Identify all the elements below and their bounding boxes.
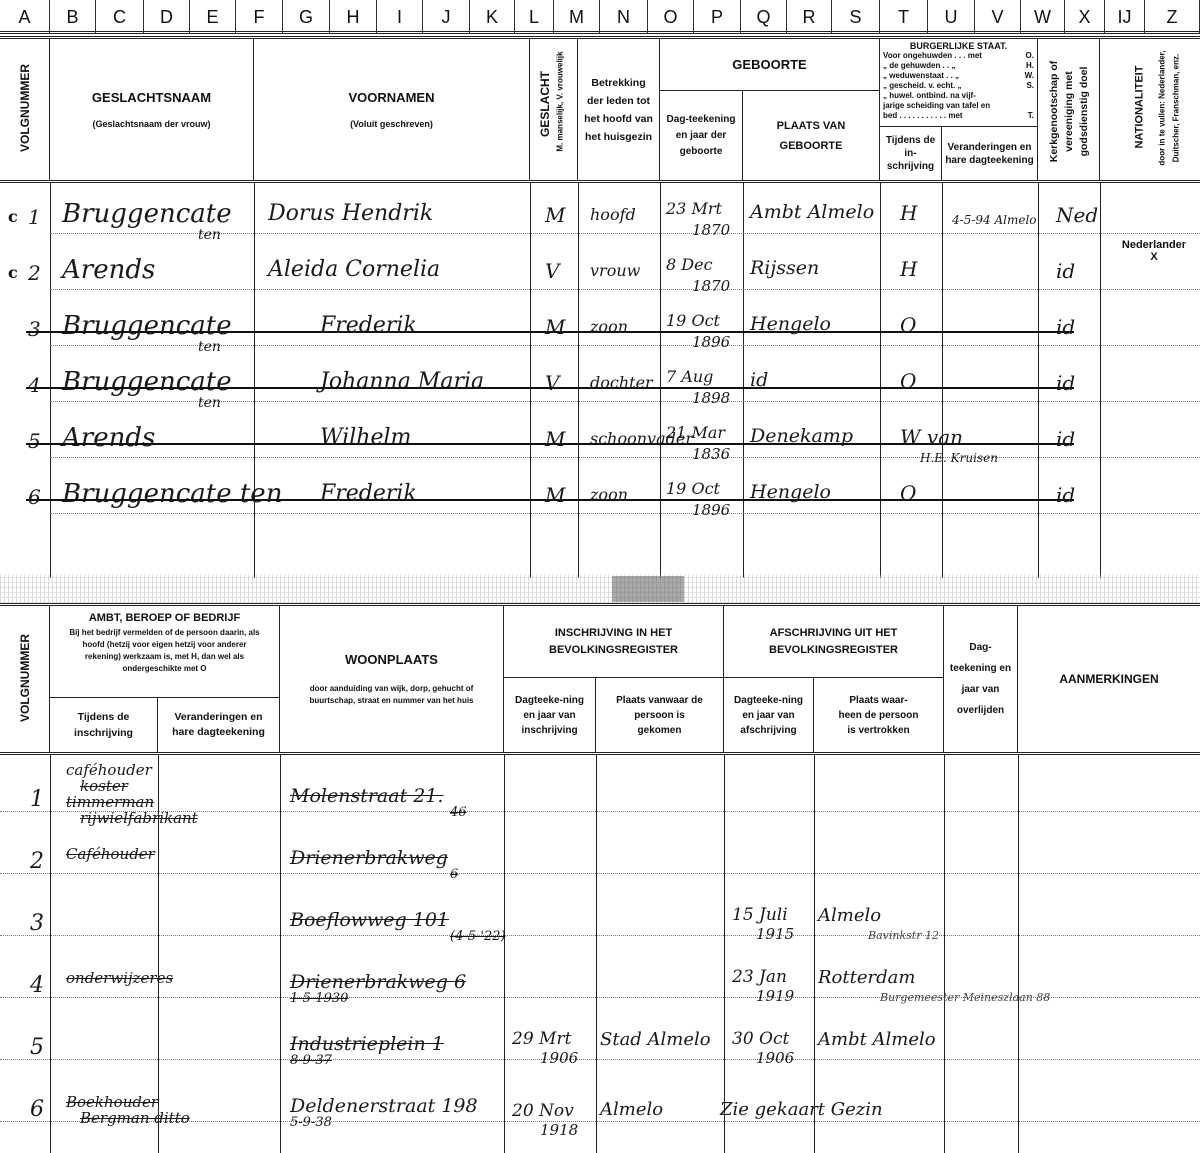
residence-row-3[interactable]: 3Boeflowweg 101(4-5-'22)15 Juli1915Almel… <box>0 885 1200 947</box>
alphabet-tab-ij[interactable]: IJ <box>1105 0 1145 34</box>
sex: M <box>545 203 565 227</box>
header-overlijden: Dag-teekening en jaar van overlijden <box>944 606 1018 752</box>
civil-status: O <box>900 481 916 505</box>
legend-line: „ gescheid. v. echt. „S. <box>883 81 1034 91</box>
civil-status-change: H.E. Kruisen <box>920 451 998 465</box>
alphabet-tab-t[interactable]: T <box>880 0 928 34</box>
overlijden-label: Dag-teekening en jaar van overlijden <box>947 637 1014 721</box>
geslacht-label: GESLACHT <box>538 39 552 169</box>
birth-year: 1898 <box>692 389 730 407</box>
afschrijving-to-note: Bavinkstr 12 <box>868 929 939 942</box>
given-names: Frederik <box>320 313 417 338</box>
address: Molenstraat 21. <box>290 785 443 807</box>
sex: M <box>545 483 565 507</box>
occupation-entry: Caféhouder <box>66 845 155 863</box>
address: Drienerbrakweg 6 <box>290 971 466 993</box>
legend-line: „ huwel. ontbind. na vijf- <box>883 91 1034 101</box>
afschrijving-date: 30 Oct <box>732 1029 789 1049</box>
bottom-section-body: 1caféhouderkostertimmermanrijwielfabrika… <box>0 755 1200 1153</box>
legend-code: H. <box>1026 61 1034 71</box>
row-guideline <box>0 873 1200 874</box>
row-number: 4 <box>30 973 44 998</box>
alphabet-tab-c[interactable]: C <box>96 0 144 34</box>
civil-status-change: 4-5-94 Almelo <box>952 213 1037 227</box>
afschr-plaats-label: Plaats waar-heen de persoon is vertrokke… <box>838 693 919 738</box>
legend-text: bed . . . . . . . . . . . met <box>883 111 963 121</box>
nationaliteit-sublabel: door in te vullen: Nederlander, Duitsche… <box>1156 41 1184 176</box>
inschrijving-label: INSCHRIJVING IN HET BEVOLKINGSREGISTER <box>524 625 703 659</box>
header-inschr-plaats: Plaats vanwaar de persoon is gekomen <box>596 678 724 752</box>
bottom-section-header: VOLGNUMMER AMBT, BEROEP OF BEDRIJF Bij h… <box>0 603 1200 755</box>
row-number: 4 <box>28 373 41 397</box>
alphabet-tab-g[interactable]: G <box>283 0 330 34</box>
legend-line: bed . . . . . . . . . . . metT. <box>883 111 1034 121</box>
register-row-5[interactable]: 5ArendsWilhelmMschoonvader21 Mar1836Dene… <box>0 417 1200 473</box>
religion: Ned <box>1056 203 1098 227</box>
civil-status: H <box>900 201 917 225</box>
geboorte-datum-label: Dag-teekening en jaar der geboorte <box>664 112 738 160</box>
header-geslachtsnaam: GESLACHTSNAAM (Geslachtsnaam der vrouw) <box>50 39 254 180</box>
header-afschr-datum: Dagteeke-ning en jaar van afschrijving <box>724 678 814 752</box>
legend-text: „ huwel. ontbind. na vijf- <box>883 91 976 101</box>
row-guideline <box>0 935 1200 936</box>
surname: Arends <box>62 423 155 453</box>
alphabet-tab-p[interactable]: P <box>694 0 741 34</box>
afschrijving-to-note: Burgemeester Meineszlaan 88 <box>880 991 1050 1004</box>
birth-date: 23 Mrt <box>666 199 722 218</box>
header-afschr-plaats: Plaats waar-heen de persoon is vertrokke… <box>814 678 944 752</box>
strikethrough-line <box>26 331 1074 333</box>
afschrijving-to: Ambt Almelo <box>818 1029 936 1050</box>
civil-status: H <box>900 257 917 281</box>
register-row-3[interactable]: 3BruggencatetenFrederikMzoon19 Oct1896He… <box>0 305 1200 361</box>
geslachtsnaam-sublabel: (Geslachtsnaam der vrouw) <box>92 119 210 129</box>
inschr-plaats-label: Plaats vanwaar de persoon is gekomen <box>614 693 705 738</box>
row-number: 1 <box>28 205 41 229</box>
row-guideline <box>0 1059 1200 1060</box>
religion: id <box>1056 427 1075 451</box>
legend-code: O. <box>1026 51 1034 61</box>
strikethrough-line <box>26 387 1074 389</box>
row-guideline <box>50 401 1200 402</box>
inschrijving-date: 20 Nov <box>512 1101 574 1121</box>
header-tijdens: Tijdens de in-schrijving <box>880 127 942 180</box>
inschrijving-from: Stad Almelo <box>600 1029 711 1050</box>
row-number: 6 <box>30 1097 44 1122</box>
volgnummer-label: VOLGNUMMER <box>18 38 32 178</box>
register-row-2[interactable]: c2ArendsAleida CorneliaVvrouw8 Dec1870Ri… <box>0 249 1200 305</box>
page-fold-band <box>0 575 1200 603</box>
volgnummer-label-2: VOLGNUMMER <box>18 608 32 748</box>
legend-text: „ gescheid. v. echt. „ <box>883 81 962 91</box>
legend-line: „ de gehuwden . . „H. <box>883 61 1034 71</box>
surname: Bruggencate <box>62 367 232 397</box>
address: Drienerbrakweg <box>290 847 448 869</box>
birth-year: 1870 <box>692 221 730 239</box>
kerkgenootschap-label: Kerkgenootschap of vereeniging met godsd… <box>1047 44 1092 179</box>
register-row-6[interactable]: 6Bruggencate tenFrederikMzoon19 Oct1896H… <box>0 473 1200 529</box>
header-ambt-veranderingen: Veranderingen en hare dagteekening <box>158 698 280 752</box>
relation-to-head: zoon <box>590 317 628 336</box>
geboorte-plaats-label: PLAATS VAN GEBOORTE <box>757 116 865 156</box>
birth-place: Rijssen <box>750 257 819 279</box>
geslachtsnaam-label: GESLACHTSNAAM <box>92 90 211 105</box>
row-number: 6 <box>28 485 41 509</box>
surname-suffix: ten <box>198 395 221 411</box>
legend-line: „ weduwenstaat . . „W. <box>883 71 1034 81</box>
row-number: 3 <box>30 911 44 936</box>
relation-to-head: zoon <box>590 485 628 504</box>
given-names: Frederik <box>320 481 417 506</box>
birth-year: 1836 <box>692 445 730 463</box>
alphabet-tab-r[interactable]: R <box>787 0 832 34</box>
header-aanmerkingen: AANMERKINGEN <box>1018 606 1200 752</box>
afschrijving-year: 1915 <box>756 925 794 943</box>
header-betrekking: Betrekking der leden tot het hoofd van h… <box>578 39 660 180</box>
residence-row-1[interactable]: 1caféhouderkostertimmermanrijwielfabrika… <box>0 761 1200 823</box>
afschrijving-date: 15 Juli <box>732 905 788 925</box>
residence-row-4[interactable]: 4onderwijzeresDrienerbrakweg 61-5-193023… <box>0 947 1200 1009</box>
afschr-datum-label: Dagteeke-ning en jaar van afschrijving <box>732 693 805 738</box>
alphabet-tab-a[interactable]: A <box>0 0 50 34</box>
alphabet-tab-q[interactable]: Q <box>741 0 787 34</box>
afschrijving-label: AFSCHRIJVING UIT HET BEVOLKINGSREGISTER <box>744 625 923 659</box>
birth-date: 7 Aug <box>666 367 713 386</box>
address-note: 1-5-1930 <box>290 991 348 1006</box>
civil-status: O <box>900 313 916 337</box>
birth-year: 1896 <box>692 333 730 351</box>
alphabet-tab-k[interactable]: K <box>470 0 515 34</box>
address: Boeflowweg 101 <box>290 909 449 931</box>
address-note: 8-9-37 <box>290 1053 332 1068</box>
row-number: 2 <box>30 849 44 874</box>
inschrijving-date: 29 Mrt <box>512 1029 571 1049</box>
row-number: 1 <box>30 787 44 812</box>
relation-to-head: hoofd <box>590 205 636 224</box>
burgerlijke-staat-legend: Voor ongehuwden . . . metO.„ de gehuwden… <box>883 51 1034 121</box>
religion: id <box>1056 259 1075 283</box>
header-ambt-tijdens: Tijdens de inschrijving <box>50 698 158 752</box>
birth-date: 21 Mar <box>666 423 725 442</box>
birth-date: 19 Oct <box>666 479 720 498</box>
civil-status: O <box>900 369 916 393</box>
birth-year: 1896 <box>692 501 730 519</box>
given-names: Johanna Maria <box>320 369 484 394</box>
inschrijving-year: 1906 <box>540 1049 578 1067</box>
address-note: 6 <box>450 867 458 882</box>
inschrijving-from: Almelo <box>600 1099 663 1120</box>
ambt-label: AMBT, BEROEP OF BEDRIJF <box>89 612 240 624</box>
legend-code: S. <box>1026 81 1034 91</box>
alphabet-tab-u[interactable]: U <box>928 0 975 34</box>
address-note: 5-9-38 <box>290 1115 332 1130</box>
alphabet-tab-v[interactable]: V <box>975 0 1021 34</box>
header-woonplaats: WOONPLAATS door aanduiding van wijk, dor… <box>280 606 504 752</box>
surname: Arends <box>62 255 155 285</box>
voornamen-label: VOORNAMEN <box>349 90 435 105</box>
strikethrough-line <box>26 443 1074 445</box>
sex: M <box>545 315 565 339</box>
header-burgerlijke-staat: BURGERLIJKE STAAT. Voor ongehuwden . . .… <box>880 39 1038 127</box>
ambt-sublabel: Bij het bedrijf vermelden of de persoon … <box>68 627 261 675</box>
residence-row-5[interactable]: 5Industrieplein 18-9-3729 Mrt1906Stad Al… <box>0 1009 1200 1071</box>
geslacht-sublabel: M. manselijk, V. vrouwelijk <box>556 37 565 167</box>
header-inschrijving: INSCHRIJVING IN HET BEVOLKINGSREGISTER <box>504 606 724 678</box>
afschrijving-to: Zie gekaart Gezin <box>720 1099 883 1120</box>
header-afschrijving: AFSCHRIJVING UIT HET BEVOLKINGSREGISTER <box>724 606 944 678</box>
alphabet-tab-b[interactable]: B <box>50 0 96 34</box>
given-names: Wilhelm <box>320 425 411 450</box>
sex: V <box>545 371 559 395</box>
legend-code: T. <box>1028 111 1034 121</box>
alphabet-tab-o[interactable]: O <box>648 0 694 34</box>
header-inschr-datum: Dagteeke-ning en jaar van inschrijving <box>504 678 596 752</box>
birth-date: 8 Dec <box>666 255 713 274</box>
ambt-tijdens-label: Tijdens de inschrijving <box>64 709 143 741</box>
register-row-1[interactable]: c1BruggencatetenDorus HendrikMhoofd23 Mr… <box>0 193 1200 249</box>
alphabet-tab-h[interactable]: H <box>330 0 377 34</box>
row-prefix-mark: c <box>8 263 18 282</box>
header-ambt: AMBT, BEROEP OF BEDRIJF Bij het bedrijf … <box>50 606 280 698</box>
header-geboorte-plaats: PLAATS VAN GEBOORTE <box>743 91 880 180</box>
sex: V <box>545 259 559 283</box>
veranderingen-label: Veranderingen en hare dagteekening <box>945 141 1034 167</box>
religion: id <box>1056 483 1075 507</box>
row-number: 5 <box>30 1035 44 1060</box>
birth-year: 1870 <box>692 277 730 295</box>
alphabet-index-strip: ABCDEFGHIJKLMNOPQRSTUVWXIJZ <box>0 0 1200 34</box>
header-volgnummer-2: VOLGNUMMER <box>0 606 50 752</box>
header-nationaliteit: NATIONALITEIT door in te vullen: Nederla… <box>1100 39 1200 180</box>
afschrijving-to: Rotterdam <box>818 967 915 988</box>
header-voornamen: VOORNAMEN (Voluit geschreven) <box>254 39 530 180</box>
row-number: 3 <box>28 317 41 341</box>
afschrijving-to: Almelo <box>818 905 881 926</box>
alphabet-tab-m[interactable]: M <box>554 0 600 34</box>
occupation-entry: Bergman ditto <box>80 1109 190 1127</box>
surname: Bruggencate ten <box>62 479 282 509</box>
row-number: 2 <box>28 261 41 285</box>
legend-text: Voor ongehuwden . . . met <box>883 51 982 61</box>
alphabet-tab-n[interactable]: N <box>600 0 648 34</box>
row-number: 5 <box>28 429 41 453</box>
header-kerkgenootschap: Kerkgenootschap of vereeniging met godsd… <box>1038 39 1100 180</box>
surname: Bruggencate <box>62 199 232 229</box>
row-guideline <box>50 513 1200 514</box>
alphabet-tab-l[interactable]: L <box>515 0 554 34</box>
civil-status: W van <box>900 425 963 449</box>
afschrijving-date: 23 Jan <box>732 967 787 987</box>
alphabet-tab-w[interactable]: W <box>1021 0 1065 34</box>
woonplaats-sublabel: door aanduiding van wijk, dorp, gehucht … <box>292 683 491 707</box>
inschrijving-year: 1918 <box>540 1121 578 1139</box>
register-row-4[interactable]: 4BruggencatetenJohanna MariaVdochter7 Au… <box>0 361 1200 417</box>
alphabet-tab-s[interactable]: S <box>832 0 880 34</box>
row-prefix-mark: c <box>8 207 18 226</box>
header-geboorte-datum: Dag-teekening en jaar der geboorte <box>660 91 743 180</box>
alphabet-tab-i[interactable]: I <box>377 0 423 34</box>
given-names: Dorus Hendrik <box>268 201 433 226</box>
aanmerkingen-label: AANMERKINGEN <box>1059 672 1158 686</box>
row-guideline <box>50 345 1200 346</box>
occupation-entry: onderwijzeres <box>66 969 173 987</box>
tijdens-label: Tijdens de in-schrijving <box>883 134 938 173</box>
burgerlijke-staat-label: BURGERLIJKE STAAT. <box>883 41 1034 51</box>
address: Industrieplein 1 <box>290 1033 444 1055</box>
legend-text: jarige scheiding van tafel en <box>883 101 990 111</box>
nationaliteit-label: NATIONALITEIT <box>1134 40 1146 175</box>
address: Deldenerstraat 198 <box>290 1095 478 1117</box>
legend-text: „ weduwenstaat . . „ <box>883 71 959 81</box>
relation-to-head: dochter <box>590 373 653 392</box>
row-guideline <box>50 233 1200 234</box>
header-volgnummer: VOLGNUMMER <box>0 39 50 180</box>
ambt-veranderingen-label: Veranderingen en hare dagteekening <box>168 710 269 740</box>
row-guideline <box>50 457 1200 458</box>
geboorte-label: GEBOORTE <box>732 57 806 72</box>
afschrijving-year: 1906 <box>756 1049 794 1067</box>
legend-line: Voor ongehuwden . . . metO. <box>883 51 1034 61</box>
legend-line: jarige scheiding van tafel en <box>883 101 1034 111</box>
address-note: 46 <box>450 805 467 820</box>
residence-row-6[interactable]: 6BoekhouderBergman dittoDeldenerstraat 1… <box>0 1071 1200 1133</box>
betrekking-label: Betrekking der leden tot het hoofd van h… <box>582 74 655 146</box>
given-names: Aleida Cornelia <box>268 257 440 282</box>
header-veranderingen: Veranderingen en hare dagteekening <box>942 127 1038 180</box>
religion: id <box>1056 371 1075 395</box>
woonplaats-label: WOONPLAATS <box>345 652 438 667</box>
relation-to-head: vrouw <box>590 261 640 280</box>
top-section-header: VOLGNUMMER GESLACHTSNAAM (Geslachtsnaam … <box>0 36 1200 183</box>
header-geslacht: GESLACHT M. manselijk, V. vrouwelijk <box>530 39 578 180</box>
sex: M <box>545 427 565 451</box>
surname: Bruggencate <box>62 311 232 341</box>
header-geboorte: GEBOORTE <box>660 39 880 91</box>
alphabet-tab-z[interactable]: Z <box>1145 0 1200 34</box>
fold-dark-mark <box>612 576 684 602</box>
row-guideline <box>50 289 1200 290</box>
legend-code: W. <box>1025 71 1034 81</box>
inschr-datum-label: Dagteeke-ning en jaar van inschrijving <box>512 693 587 738</box>
surname-suffix: ten <box>198 227 221 243</box>
alphabet-tab-j[interactable]: J <box>423 0 470 34</box>
strikethrough-line <box>26 499 1074 501</box>
birth-place: Ambt Almelo <box>750 201 874 223</box>
surname-suffix: ten <box>198 339 221 355</box>
address-note: (4-5-'22) <box>450 929 506 944</box>
legend-text: „ de gehuwden . . „ <box>883 61 955 71</box>
alphabet-tab-d[interactable]: D <box>144 0 190 34</box>
religion: id <box>1056 315 1075 339</box>
afschrijving-year: 1919 <box>756 987 794 1005</box>
voornamen-sublabel: (Voluit geschreven) <box>350 119 433 129</box>
top-section-body: c1BruggencatetenDorus HendrikMhoofd23 Mr… <box>0 183 1200 583</box>
birth-date: 19 Oct <box>666 311 720 330</box>
alphabet-tab-e[interactable]: E <box>190 0 236 34</box>
alphabet-tab-x[interactable]: X <box>1065 0 1105 34</box>
alphabet-tab-f[interactable]: F <box>236 0 283 34</box>
residence-row-2[interactable]: 2CaféhouderDrienerbrakweg6 <box>0 823 1200 885</box>
